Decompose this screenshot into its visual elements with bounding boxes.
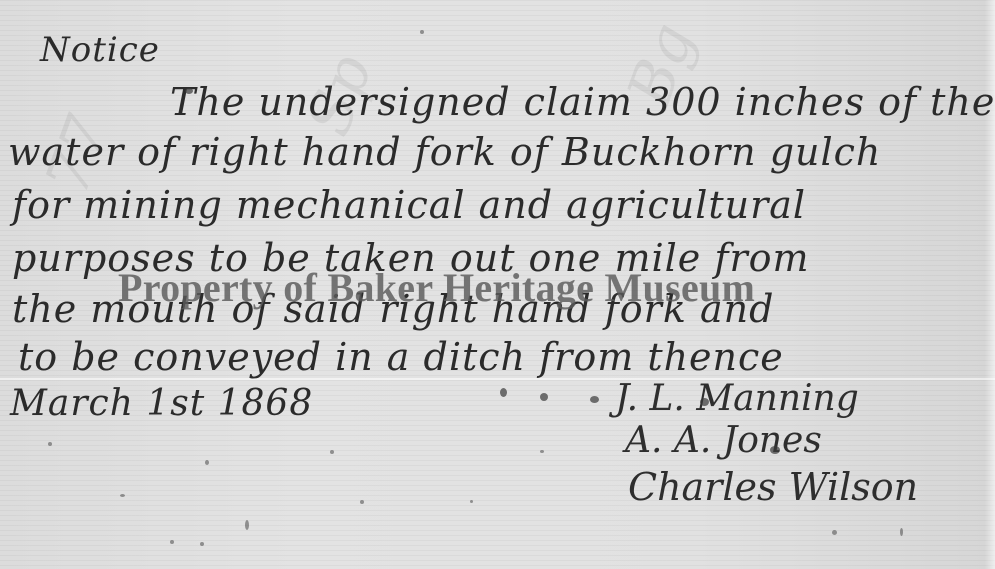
scanned-document: Sp Bg 77 Notice The undersigned claim 30…	[0, 0, 995, 569]
museum-watermark: Property of Baker Heritage Museum	[118, 264, 755, 311]
document-heading: Notice	[40, 30, 160, 70]
body-line-3: for mining mechanical and agricultural	[12, 183, 806, 227]
document-date: March 1st 1868	[10, 383, 313, 424]
body-line-2: water of right hand fork of Buckhorn gul…	[8, 130, 881, 174]
signature-1: J. L. Manning	[615, 378, 859, 419]
signature-3: Charles Wilson	[628, 465, 918, 509]
body-line-6: to be conveyed in a ditch from thence	[18, 335, 784, 379]
body-line-1: The undersigned claim 300 inches of the	[170, 80, 995, 124]
signature-2: A. A. Jones	[625, 420, 822, 461]
